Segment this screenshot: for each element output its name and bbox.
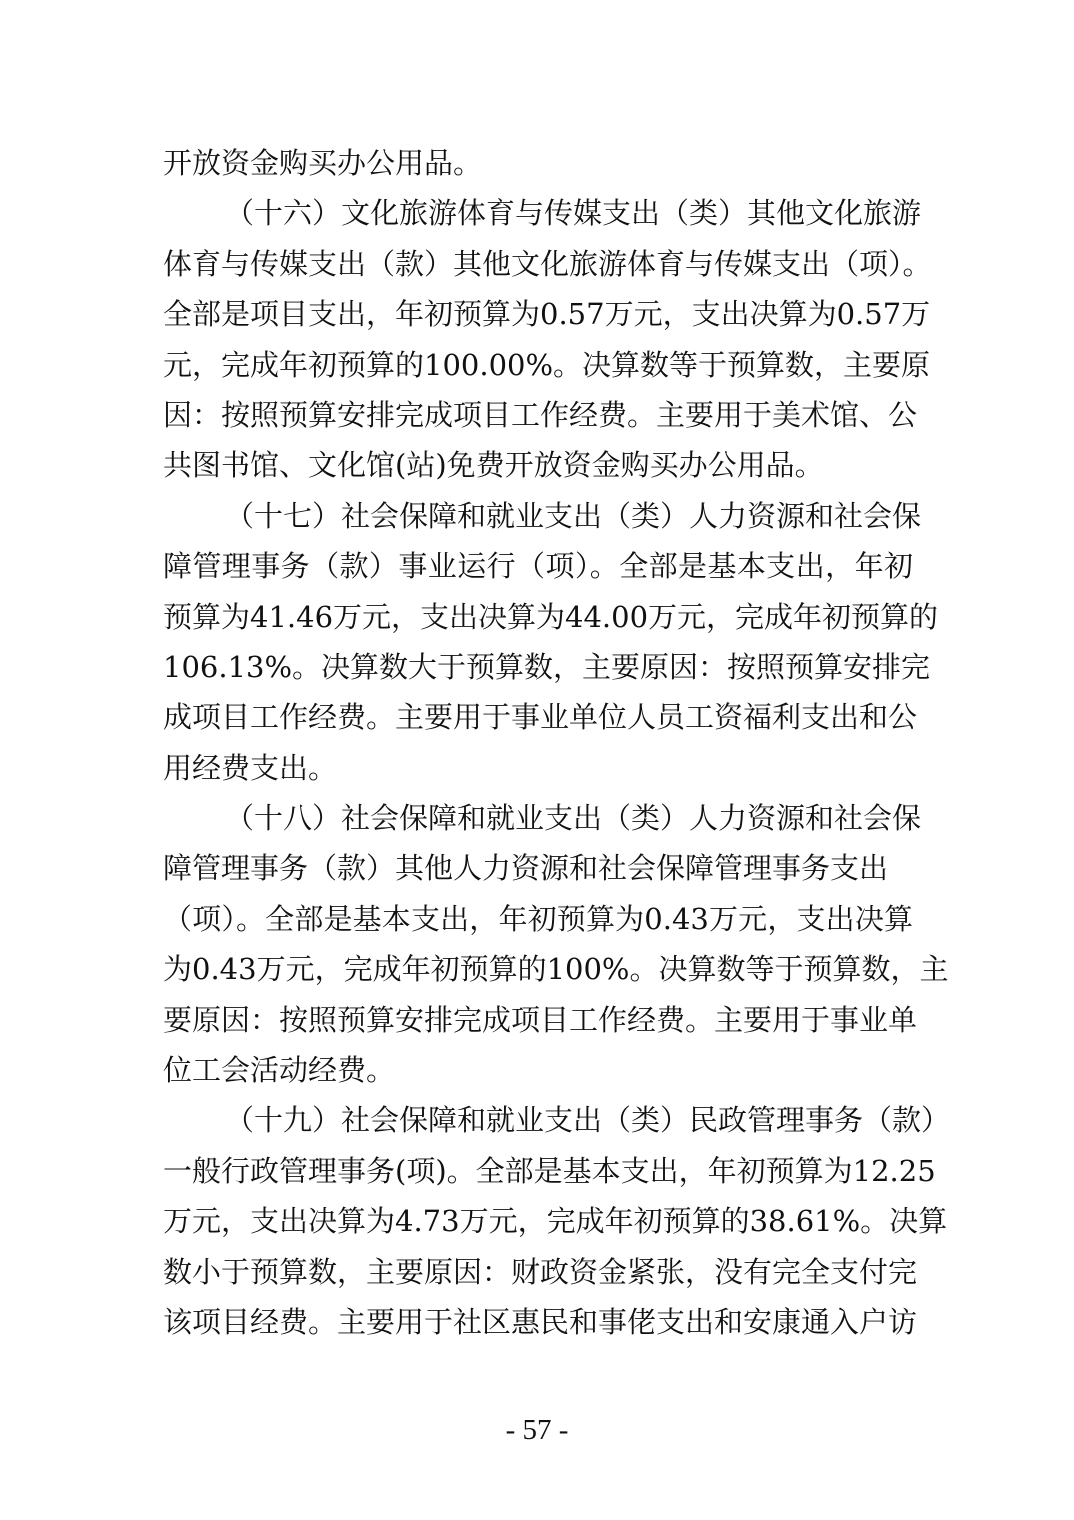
text-line: 障管理事务（款）其他人力资源和社会保障管理事务支出 <box>163 843 913 893</box>
section-16-heading-line: （十六）文化旅游体育与传媒支出（类）其他文化旅游 <box>163 188 913 238</box>
text-line: 全部是项目支出，年初预算为0.57万元，支出决算为0.57万 <box>163 289 913 339</box>
body-text: 开放资金购买办公用品。 （十六）文化旅游体育与传媒支出（类）其他文化旅游 体育与… <box>163 138 913 1347</box>
text-line: 为0.43万元，完成年初预算的100%。决算数等于预算数，主 <box>163 944 913 994</box>
text-line: 因：按照预算安排完成项目工作经费。主要用于美术馆、公 <box>163 390 913 440</box>
document-page: 开放资金购买办公用品。 （十六）文化旅游体育与传媒支出（类）其他文化旅游 体育与… <box>0 0 1074 1520</box>
text-line: 开放资金购买办公用品。 <box>163 138 913 188</box>
text-line: 一般行政管理事务(项)。全部是基本支出，年初预算为12.25 <box>163 1146 913 1196</box>
section-17-heading-line: （十七）社会保障和就业支出（类）人力资源和社会保 <box>163 491 913 541</box>
page-number: - 57 - <box>0 1410 1074 1450</box>
text-line: 元，完成年初预算的100.00%。决算数等于预算数，主要原 <box>163 340 913 390</box>
text-line: （项）。全部是基本支出，年初预算为0.43万元，支出决算 <box>163 894 913 944</box>
text-line: 位工会活动经费。 <box>163 1045 913 1095</box>
text-line: 该项目经费。主要用于社区惠民和事佬支出和安康通入户访 <box>163 1297 913 1347</box>
text-line: 要原因：按照预算安排完成项目工作经费。主要用于事业单 <box>163 995 913 1045</box>
section-19-heading-line: （十九）社会保障和就业支出（类）民政管理事务（款） <box>163 1095 913 1145</box>
text-line: 用经费支出。 <box>163 743 913 793</box>
text-line: 障管理事务（款）事业运行（项）。全部是基本支出，年初 <box>163 541 913 591</box>
text-line: 106.13%。决算数大于预算数，主要原因：按照预算安排完 <box>163 642 913 692</box>
text-line: 体育与传媒支出（款）其他文化旅游体育与传媒支出（项）。 <box>163 239 913 289</box>
text-line: 万元，支出决算为4.73万元，完成年初预算的38.61%。决算 <box>163 1196 913 1246</box>
text-line: 共图书馆、文化馆(站)免费开放资金购买办公用品。 <box>163 440 913 490</box>
text-line: 预算为41.46万元，支出决算为44.00万元，完成年初预算的 <box>163 592 913 642</box>
section-18-heading-line: （十八）社会保障和就业支出（类）人力资源和社会保 <box>163 793 913 843</box>
text-line: 数小于预算数，主要原因：财政资金紧张，没有完全支付完 <box>163 1247 913 1297</box>
text-line: 成项目工作经费。主要用于事业单位人员工资福利支出和公 <box>163 692 913 742</box>
